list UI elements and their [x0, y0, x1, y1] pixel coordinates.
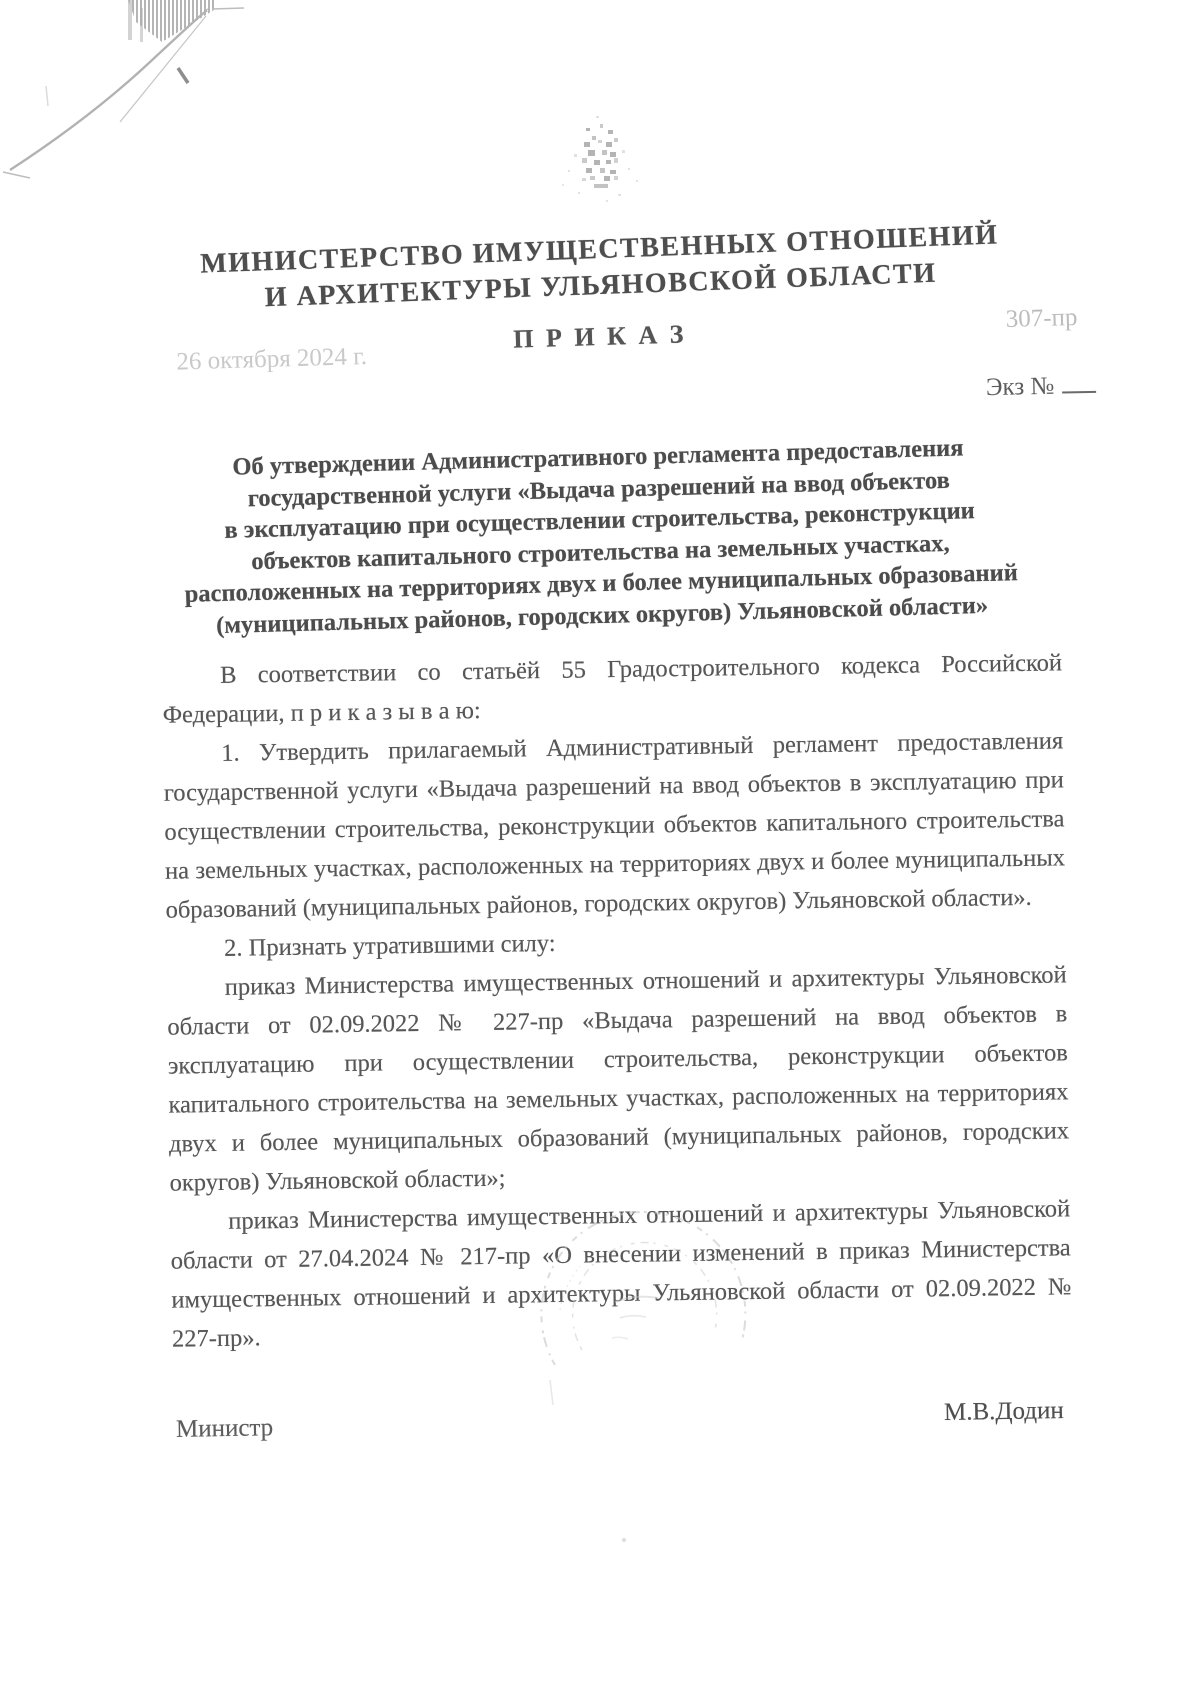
body-paragraph: В соответствии со статьёй 55 Градостроит…: [162, 643, 1063, 734]
scan-artifact-marks: [0, 0, 280, 210]
body-paragraph: приказ Министерства имущественных отноше…: [166, 955, 1069, 1202]
official-stamp-icon: [520, 1190, 780, 1420]
signature-position: Министр: [176, 1414, 274, 1444]
scan-speck: [622, 1538, 626, 1542]
copy-number-line: Экз №: [985, 371, 1096, 402]
body-paragraph: 1. Утвердить прилагаемый Административны…: [163, 721, 1066, 929]
signature-name: М.В.Додин: [944, 1397, 1064, 1427]
order-number: 307-пр: [1005, 304, 1078, 334]
copy-label: Экз №: [985, 373, 1054, 401]
scanned-document-page: МИНИСТЕРСТВО ИМУЩЕСТВЕННЫХ ОТНОШЕНИЙ И А…: [0, 0, 1200, 1698]
document-title: Об утверждении Административного регламе…: [54, 428, 1147, 645]
copy-number-blank: [1062, 371, 1096, 394]
coat-of-arms-icon: [548, 114, 652, 206]
